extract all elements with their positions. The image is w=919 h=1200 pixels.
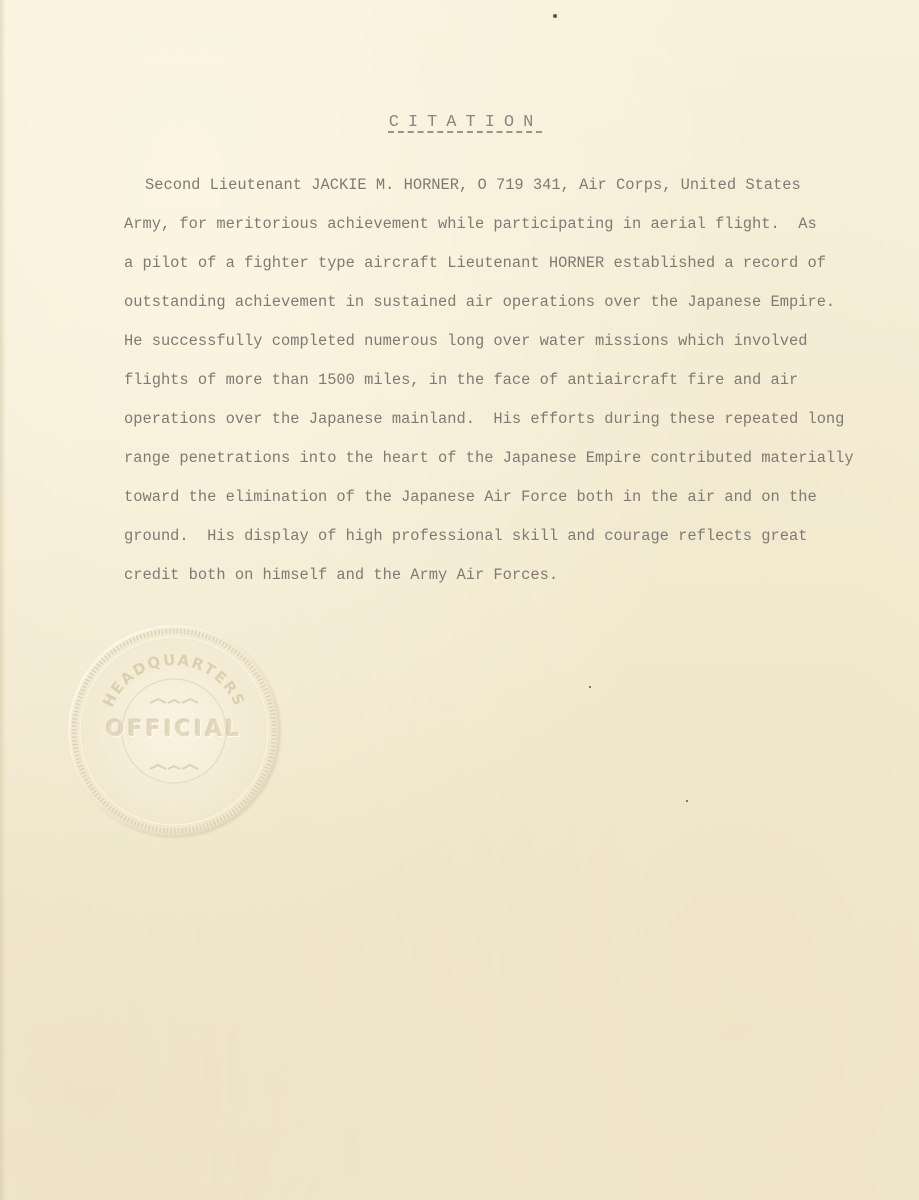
paper-speck: [553, 14, 557, 18]
document-title: CITATION: [0, 113, 919, 132]
document-page: CITATION Second Lieutenant JACKIE M. HOR…: [0, 0, 919, 1200]
citation-line-8: range penetrations into the heart of the…: [124, 444, 864, 483]
seal-center-text: OFFICIAL: [68, 717, 280, 742]
citation-line-3: a pilot of a fighter type aircraft Lieut…: [124, 249, 864, 288]
citation-line-10: ground. His display of high professional…: [124, 522, 864, 561]
paper-speck: [589, 686, 591, 688]
citation-line-2: Army, for meritorious achievement while …: [124, 210, 864, 249]
citation-heading: CITATION: [389, 113, 543, 132]
paper-speck: [686, 800, 688, 802]
citation-line-9: toward the elimination of the Japanese A…: [124, 483, 864, 522]
citation-line-5: He successfully completed numerous long …: [124, 327, 864, 366]
citation-line-6: flights of more than 1500 miles, in the …: [124, 366, 864, 405]
citation-line-7: operations over the Japanese mainland. H…: [124, 405, 864, 444]
citation-body: Second Lieutenant JACKIE M. HORNER, O 71…: [124, 171, 864, 600]
citation-line-4: outstanding achievement in sustained air…: [124, 288, 864, 327]
citation-line-11: credit both on himself and the Army Air …: [124, 561, 864, 600]
embossed-official-seal: HEADQUARTERS OFFICIAL: [68, 625, 280, 837]
citation-line-1: Second Lieutenant JACKIE M. HORNER, O 71…: [124, 171, 864, 210]
